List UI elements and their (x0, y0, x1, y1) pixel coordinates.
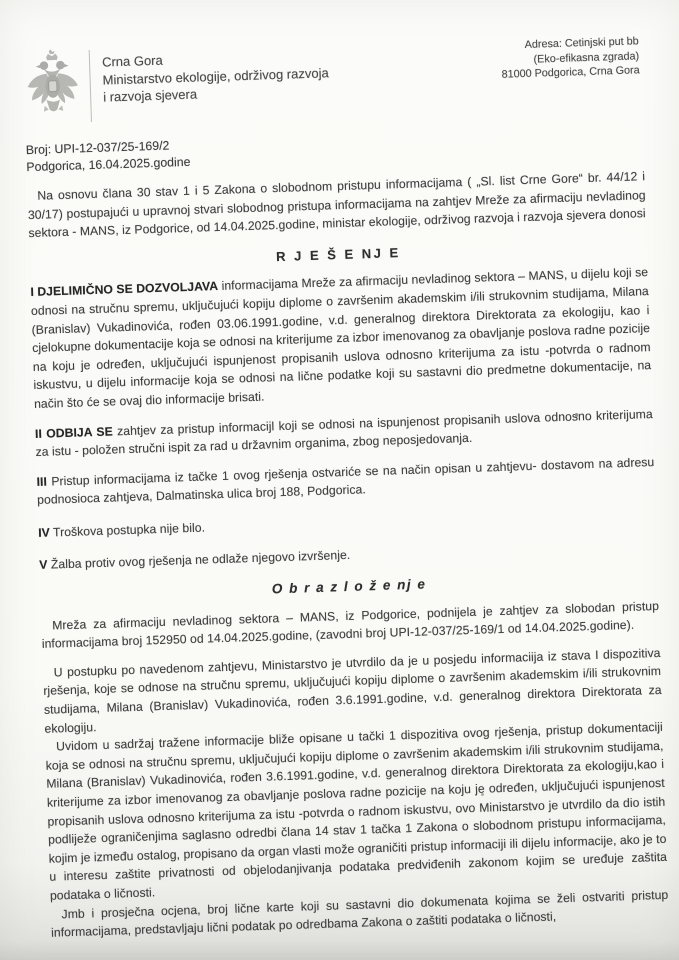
section-numeral-2: II ODBIJA SE (35, 424, 113, 441)
section-text-2: zahtjev za pristup informacijl koji se o… (35, 407, 653, 460)
section-text-4: Troškova postupka nije bilo. (50, 520, 206, 539)
section-numeral-4: IV (38, 525, 50, 539)
section-text-3: Pristup informacijama iz tačke 1 ovog rj… (37, 455, 655, 508)
reasoning-paragraph-1: Mreža za afirmaciju nevladinog sektora –… (41, 597, 660, 654)
decision-section-1: I DJELIMIČNO SE DOZVOLJAVA informacijama… (30, 263, 652, 413)
section-text-5: Žalba protiv ovog rješenja ne odlaže nje… (47, 547, 350, 571)
decision-section-4: IV Troškova postupka nije bilo. (38, 504, 656, 543)
decision-section-2: II ODBIJA SE zahtjev za pristup informac… (35, 405, 654, 462)
address-line-3: 81000 Podgorica, Crna Gora (501, 63, 639, 82)
decision-section-3: III Pristup informacijama iz tačke 1 ovo… (36, 453, 655, 510)
decision-section-5: V Žalba protiv ovog rješenja ne odlaže n… (39, 535, 657, 574)
intro-paragraph: Na osnovu člana 30 stav 1 i 5 Zakona o s… (27, 167, 646, 243)
document-meta: Broj: UPI-12-037/25-169/2 Podgorica, 16.… (26, 122, 645, 175)
scan-speck (481, 793, 484, 796)
address-block: Adresa: Cetinjski put bb (Eko-efikasna z… (500, 30, 642, 82)
document-page: Crna Gora Ministarstvo ekologije, održiv… (0, 0, 679, 960)
reasoning-paragraph-3: Uvidom u sadržaj tražene informacije bli… (45, 718, 668, 905)
letterhead: Crna Gora Ministarstvo ekologije, održiv… (23, 30, 643, 124)
ministry-name: Crna Gora Ministarstvo ekologije, održiv… (102, 40, 330, 106)
letterhead-divider (89, 50, 92, 122)
montenegro-coat-of-arms-icon (23, 48, 83, 122)
scan-speck (575, 413, 578, 417)
section-numeral-1: I DJELIMIČNO SE DOZVOLJAVA (30, 279, 218, 299)
